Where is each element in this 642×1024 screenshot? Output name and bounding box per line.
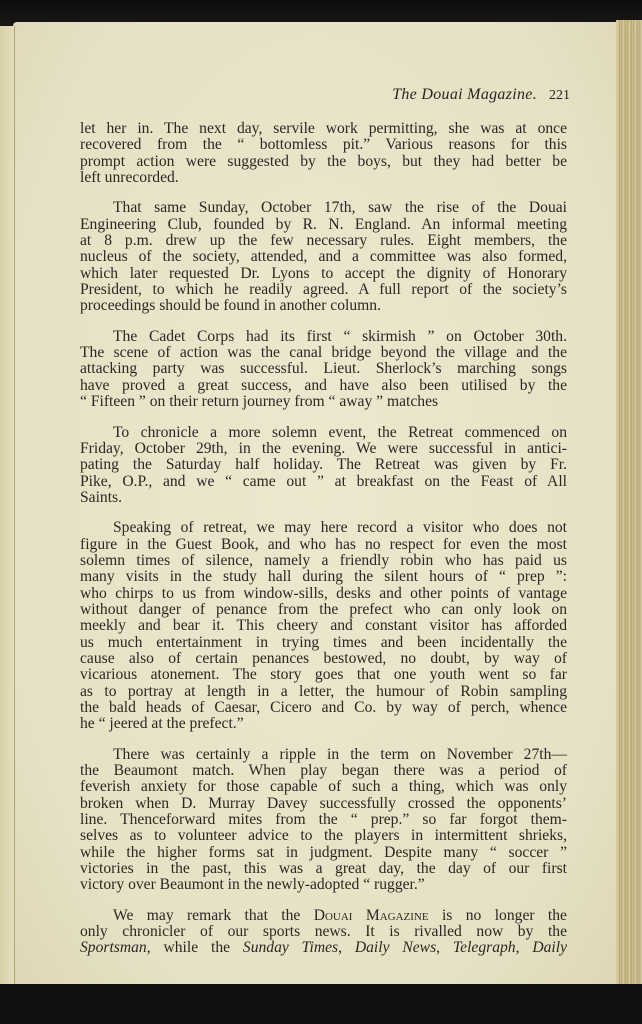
text-line: broken when D. Murray Davey successfully…	[80, 796, 567, 812]
text-line: There was certainly a ripple in the term…	[80, 747, 567, 763]
running-head: The Douai Magazine.221	[392, 86, 570, 104]
text-line: Pike, O.P., and we “ came out ” at break…	[80, 474, 567, 490]
magazine-title: The Douai Magazine.	[392, 86, 537, 103]
text-line: figure in the Guest Book, and who has no…	[80, 537, 567, 553]
page-number: 221	[549, 88, 570, 103]
text-line: who chirps to us from window-sills, desk…	[80, 586, 567, 602]
text-line: proceedings should be found in another c…	[80, 298, 567, 314]
text-line: feverish anxiety for those capable of su…	[80, 779, 567, 795]
text-line: nucleus of the society, attended, and a …	[80, 249, 567, 265]
text-line: We may remark that the Douai Magazine is…	[80, 908, 567, 924]
text-line: at 8 p.m. drew up the few necessary rule…	[80, 233, 567, 249]
text-line: only chronicler of our sports news. It i…	[80, 924, 567, 940]
paragraph: To chronicle a more solemn event, the Re…	[80, 425, 567, 507]
text-line: pating the Saturday half holiday. The Re…	[80, 457, 567, 473]
text-line: many visits in the study hall during the…	[80, 569, 567, 585]
publication-title: Daily	[532, 939, 567, 956]
text-line: recovered from the “ bottomless pit.” Va…	[80, 137, 567, 153]
article-body: let her in. The next day, servile work p…	[80, 121, 567, 971]
text-line: To chronicle a more solemn event, the Re…	[80, 425, 567, 441]
text-line: which later requested Dr. Lyons to accep…	[80, 266, 567, 282]
text-line: victory over Beaumont in the newly-adopt…	[80, 877, 567, 893]
text-line: Engineering Club, founded by R. N. Engla…	[80, 217, 567, 233]
magazine-name-smallcaps: Douai Magazine	[314, 907, 429, 924]
text-run: is no longer the	[429, 907, 567, 924]
text-line: President, to which he readily agreed. A…	[80, 282, 567, 298]
text-line: cause also of certain penances bestowed,…	[80, 651, 567, 667]
page-stack-edge	[616, 20, 642, 1008]
text-line: as to portray at length in a letter, the…	[80, 684, 567, 700]
gutter-page-edge	[0, 26, 15, 998]
text-run: We may remark that the	[113, 907, 314, 924]
publication-title: Telegraph	[453, 939, 516, 956]
scan-bottom-shadow	[0, 984, 642, 1024]
paragraph-final: We may remark that the Douai Magazine is…	[80, 908, 567, 957]
paragraph: There was certainly a ripple in the term…	[80, 747, 567, 894]
text-line: prompt action were suggested by the boys…	[80, 154, 567, 170]
text-line: Sportsman, while the Sunday Times, Daily…	[80, 940, 567, 956]
text-line: without danger of penance from the prefe…	[80, 602, 567, 618]
text-line: the bald heads of Caesar, Cicero and Co.…	[80, 700, 567, 716]
text-run: ,	[516, 939, 533, 956]
text-run: , while the	[147, 939, 243, 956]
text-line: he “ jeered at the prefect.”	[80, 716, 567, 732]
paragraph: let her in. The next day, servile work p…	[80, 121, 567, 186]
text-run: ,	[338, 939, 355, 956]
text-line: attacking party was successful. Lieut. S…	[80, 361, 567, 377]
text-line: the Beaumont match. When play began ther…	[80, 763, 567, 779]
text-line: The scene of action was the canal bridge…	[80, 345, 567, 361]
publication-title: Sportsman	[80, 939, 147, 956]
text-line: Friday, October 29th, in the evening. We…	[80, 441, 567, 457]
text-line: while the higher forms sat in judgment. …	[80, 845, 567, 861]
publication-title: Daily News	[355, 939, 436, 956]
text-line: meekly and bear it. This cheery and cons…	[80, 618, 567, 634]
paragraph: That same Sunday, October 17th, saw the …	[80, 200, 567, 314]
paragraph-list: let her in. The next day, servile work p…	[80, 121, 567, 894]
text-line: let her in. The next day, servile work p…	[80, 121, 567, 137]
text-line: selves as to volunteer advice to the pla…	[80, 828, 567, 844]
publication-title: Sunday Times	[243, 939, 338, 956]
text-line: That same Sunday, October 17th, saw the …	[80, 200, 567, 216]
text-line: us much entertainment in trying times an…	[80, 635, 567, 651]
text-line: solemn times of silence, namely a friend…	[80, 553, 567, 569]
text-line: “ Fifteen ” on their return journey from…	[80, 394, 567, 410]
text-line: line. Thenceforward mites from the “ pre…	[80, 812, 567, 828]
paragraph: Speaking of retreat, we may here record …	[80, 520, 567, 732]
text-line: victories in the past, this was a great …	[80, 861, 567, 877]
text-line: Speaking of retreat, we may here record …	[80, 520, 567, 536]
text-line: vicarious atonement. The story goes that…	[80, 667, 567, 683]
paragraph: The Cadet Corps had its first “ skirmish…	[80, 329, 567, 411]
text-line: The Cadet Corps had its first “ skirmish…	[80, 329, 567, 345]
text-line: left unrecorded.	[80, 170, 567, 186]
text-line: Saints.	[80, 490, 567, 506]
text-line: have proved a great success, and have al…	[80, 378, 567, 394]
text-run: ,	[436, 939, 453, 956]
